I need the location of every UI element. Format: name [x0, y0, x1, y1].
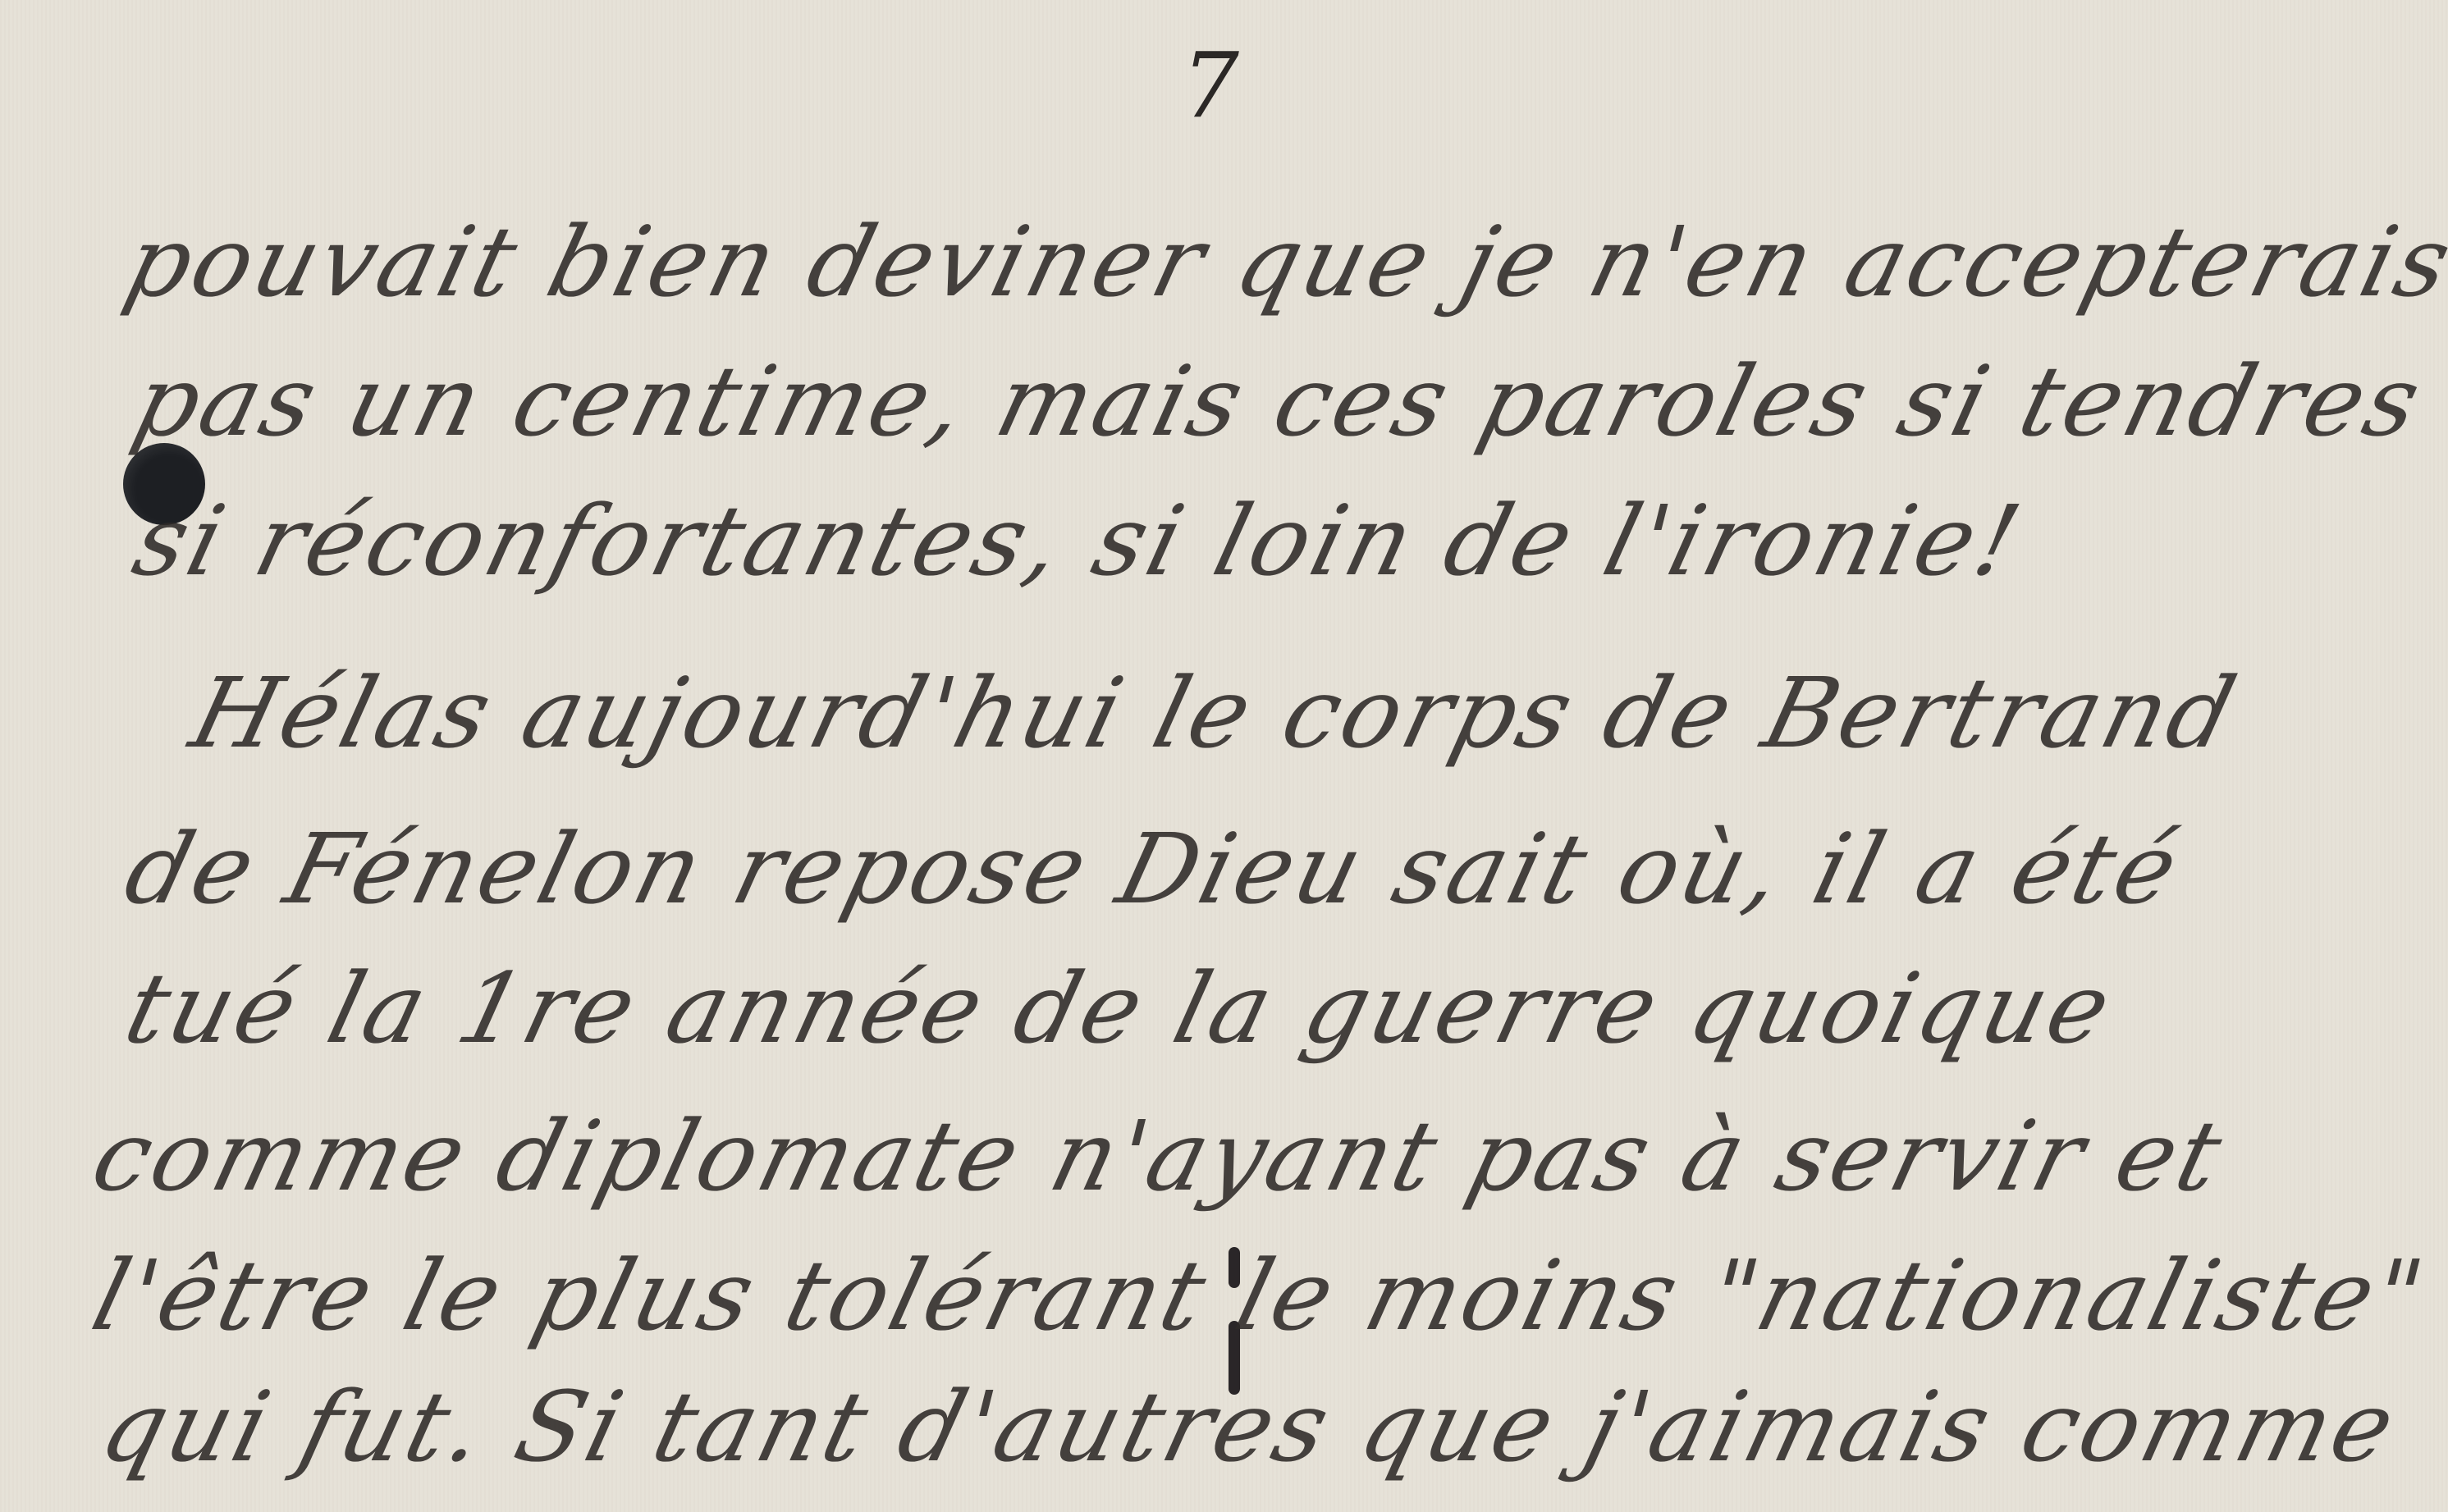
- handwritten-line-6: tué la 1re année de la guerre quoique: [115, 952, 2125, 1065]
- page-number: 7: [1182, 33, 1239, 138]
- letter-page: 7 pouvait bien deviner que je n'en accep…: [0, 0, 2448, 1512]
- handwritten-line-2: pas un centime, mais ces paroles si tend…: [123, 345, 2434, 458]
- handwritten-line-9: qui fut. Si tant d'autres que j'aimais c…: [90, 1370, 2409, 1483]
- handwritten-line-7: comme diplomate n'ayant pas à servir et: [82, 1099, 2235, 1213]
- handwritten-line-4: Hélas aujourd'hui le corps de Bertrand: [181, 656, 2249, 770]
- handwritten-line-8: l'être le plus tolérant le moins "nation…: [82, 1239, 2437, 1352]
- handwritten-line-1: pouvait bien deviner que je n'en accepte…: [115, 205, 2448, 318]
- handwritten-line-3: si réconfortantes, si loin de l'ironie!: [123, 484, 2034, 597]
- handwritten-line-5: de Fénelon repose Dieu sait où, il a été: [115, 812, 2192, 925]
